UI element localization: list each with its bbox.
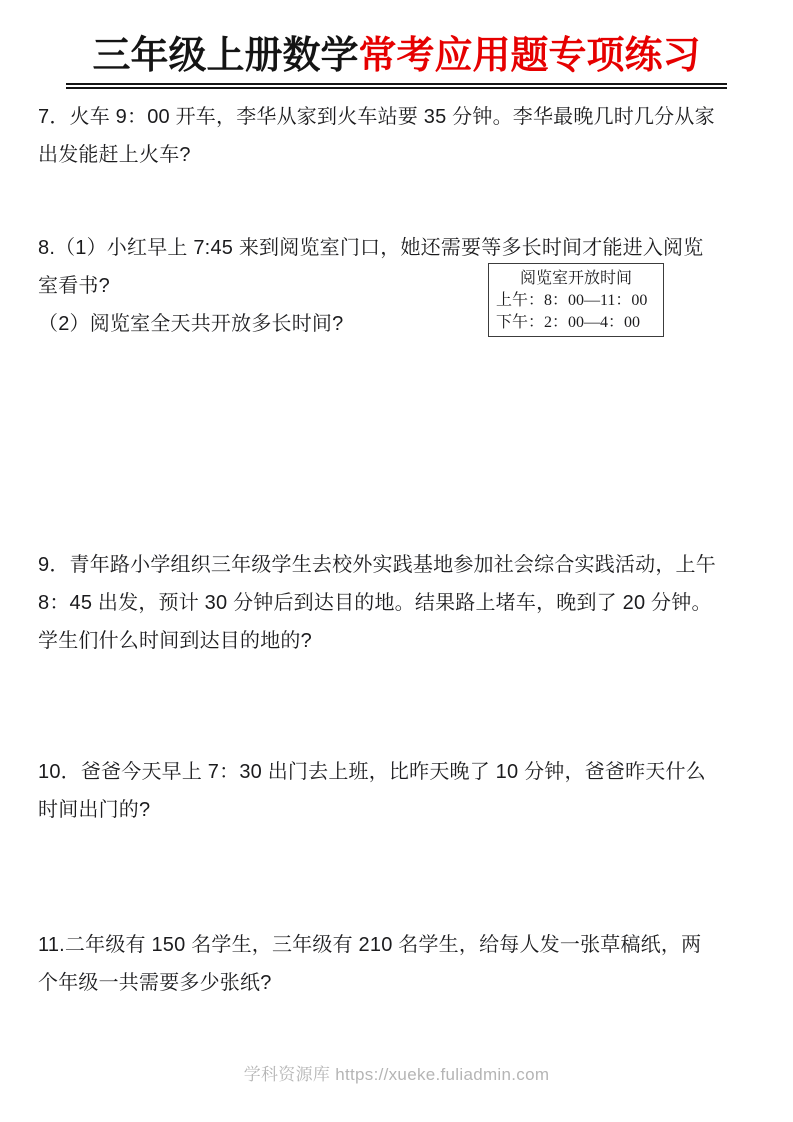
title-topic-part: 常考应用题专项练习 [359, 35, 701, 77]
schedule-morning-hours: 上午：8：00—11：00 [489, 290, 663, 312]
worksheet-page: 三年级上册数学常考应用题专项练习 7．火车 9：00 开车，李华从家到火车站要 … [0, 0, 793, 1122]
title-course-part: 三年级上册数学 [92, 35, 358, 77]
reading-room-schedule-box: 阅览室开放时间 上午：8：00—11：00 下午：2：00—4：00 [488, 263, 664, 337]
title-row: 三年级上册数学常考应用题专项练习 [0, 32, 793, 89]
question-11-draft-paper-count: 11.二年级有 150 名学生，三年级有 210 名学生，给每人发一张草稿纸，两… [38, 926, 775, 1002]
question-8-reading-room: 8.（1）小红早上 7:45 来到阅览室门口，她还需要等多长时间才能进入阅览 室… [38, 229, 775, 343]
question-9-field-trip: 9．青年路小学组织三年级学生去校外实践基地参加社会综合实践活动，上午 8：45 … [38, 546, 775, 660]
footer-watermark: 学科资源库 https://xueke.fuliadmin.com [0, 1063, 793, 1087]
schedule-afternoon-hours: 下午：2：00—4：00 [489, 312, 663, 334]
question-7-train-departure: 7．火车 9：00 开车，李华从家到火车站要 35 分钟。李华最晚几时几分从家 … [38, 98, 775, 174]
page-title: 三年级上册数学常考应用题专项练习 [66, 32, 726, 89]
schedule-box-title: 阅览室开放时间 [489, 268, 663, 290]
question-10-father-leaving-time: 10．爸爸今天早上 7：30 出门去上班，比昨天晚了 10 分钟，爸爸昨天什么 … [38, 753, 775, 829]
